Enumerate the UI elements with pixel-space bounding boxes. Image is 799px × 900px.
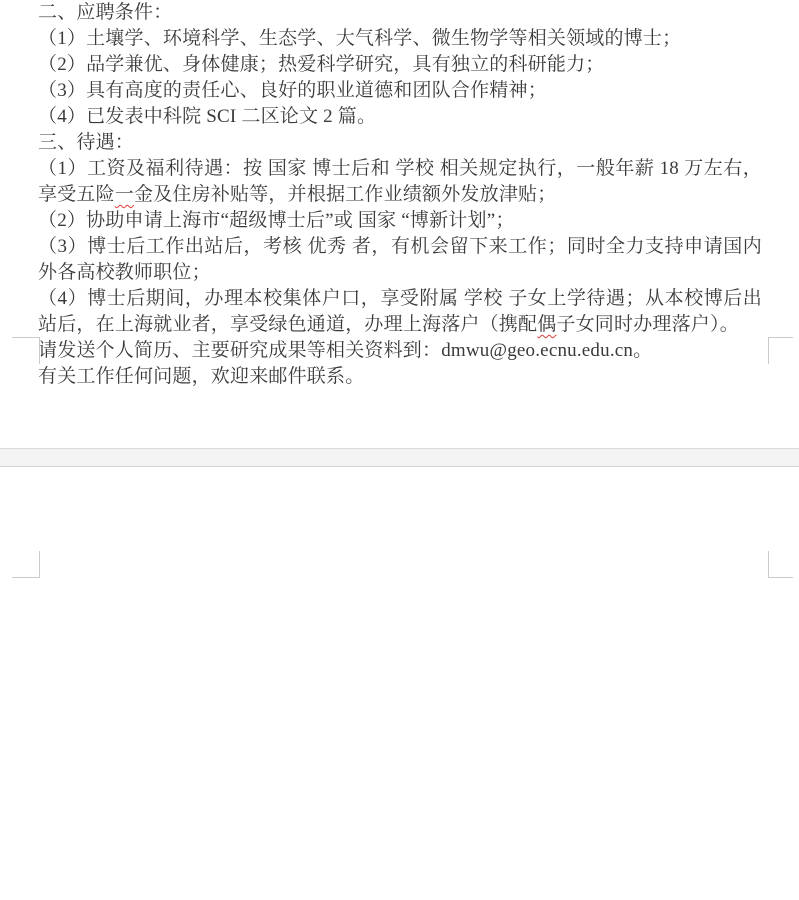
condition-item-3: （3）具有高度的责任心、良好的职业道德和团队合作精神； xyxy=(38,78,762,104)
contact-email: dmwu@geo.ecnu.edu.cn xyxy=(441,340,633,361)
spellcheck-flagged-word: 一 xyxy=(115,184,134,205)
document-text-area: 二、应聘条件： （1）土壤学、环境科学、生态学、大气科学、微生物学等相关领域的博… xyxy=(38,0,762,390)
submit-instruction-period: 。 xyxy=(633,340,652,361)
benefit-item-4: （4）博士后期间，办理本校集体户口，享受附属 学校 子女上学待遇；从本校博后出站… xyxy=(38,286,762,338)
page-break-separator xyxy=(0,448,799,467)
condition-item-2: （2）品学兼优、身体健康；热爱科学研究，具有独立的科研能力； xyxy=(38,52,762,78)
submit-instruction-text: 请发送个人简历、主要研究成果等相关资料到： xyxy=(38,340,441,361)
page1-bottom-left-margin-mark xyxy=(12,337,40,364)
spellcheck-flagged-word: 偶 xyxy=(537,314,556,335)
benefit-item-3: （3）博士后工作出站后，考核 优秀 者，有机会留下来工作；同时全力支持申请国内外… xyxy=(38,234,762,286)
condition-item-4: （4）已发表中科院 SCI 二区论文 2 篇。 xyxy=(38,104,762,130)
conditions-heading: 二、应聘条件： xyxy=(38,0,762,26)
contact-note: 有关工作任何问题，欢迎来邮件联系。 xyxy=(38,364,762,390)
page2-top-right-margin-mark xyxy=(768,551,793,578)
benefits-heading: 三、待遇： xyxy=(38,130,762,156)
benefit-item-1: （1）工资及福利待遇：按 国家 博士后和 学校 相关规定执行，一般年薪 18 万… xyxy=(38,156,762,208)
benefit-item-4-text-post: 子女同时办理落户）。 xyxy=(556,314,739,335)
page2-top-left-margin-mark xyxy=(12,551,40,578)
benefit-item-2: （2）协助申请上海市“超级博士后”或 国家 “博新计划”； xyxy=(38,208,762,234)
benefit-item-1-text-post: 金及住房补贴等，并根据工作业绩额外发放津贴； xyxy=(134,184,556,205)
submit-instruction: 请发送个人简历、主要研究成果等相关资料到：dmwu@geo.ecnu.edu.c… xyxy=(38,338,762,364)
condition-item-1: （1）土壤学、环境科学、生态学、大气科学、微生物学等相关领域的博士； xyxy=(38,26,762,52)
page1-bottom-right-margin-mark xyxy=(768,337,793,364)
